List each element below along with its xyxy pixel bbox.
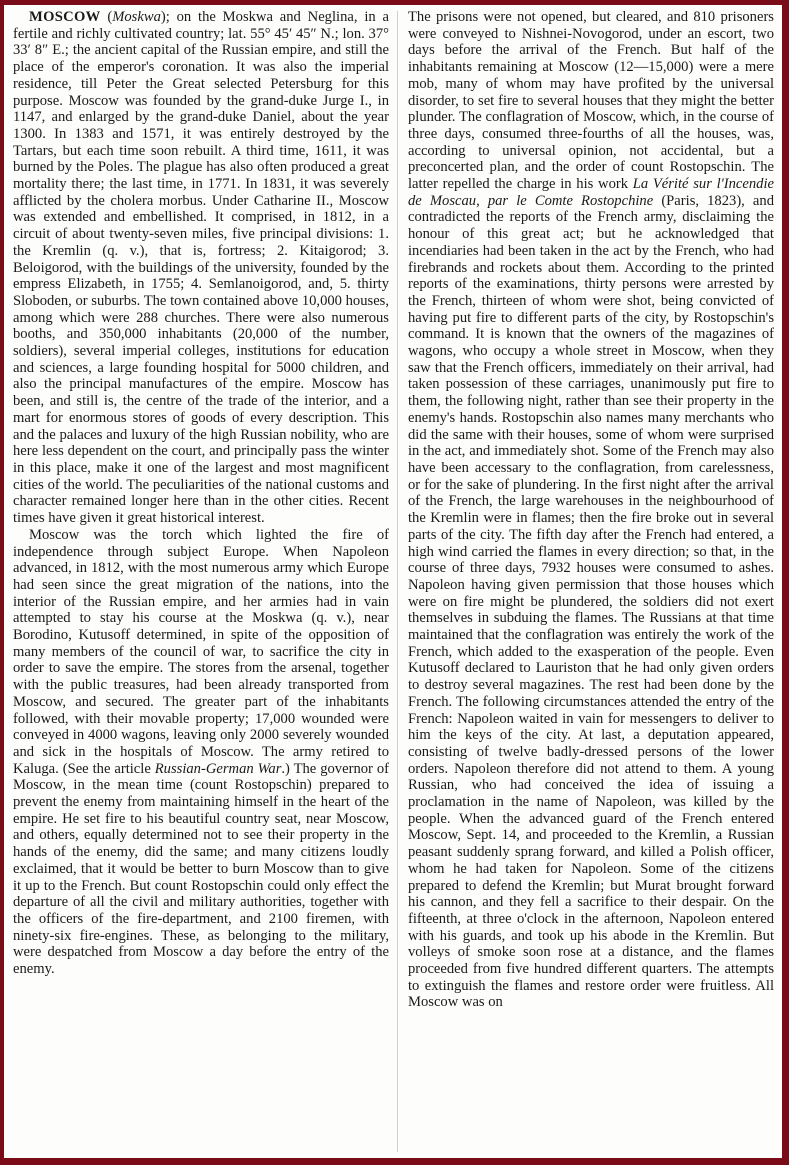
right-column: The prisons were not opened, but cleared…: [408, 9, 774, 1011]
cross-reference: Russian-German War: [155, 761, 282, 777]
column-divider: [397, 11, 398, 1152]
paragraph-intro: MOSCOW (Moskwa); on the Moskwa and Negli…: [13, 9, 389, 527]
headword-variant: Moskwa: [112, 9, 161, 25]
document-page: MOSCOW (Moskwa); on the Moskwa and Negli…: [4, 5, 782, 1158]
paragraph-conflagration: The prisons were not opened, but cleared…: [408, 9, 774, 1011]
paragraph-napoleon: Moscow was the torch which lighted the f…: [13, 527, 389, 978]
left-column: MOSCOW (Moskwa); on the Moskwa and Negli…: [13, 9, 389, 978]
headword: MOSCOW: [29, 9, 101, 25]
